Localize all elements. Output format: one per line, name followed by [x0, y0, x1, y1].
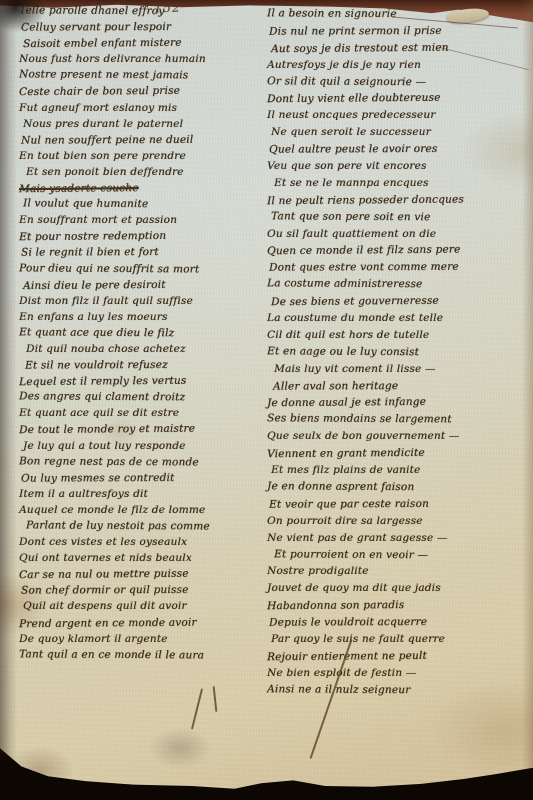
manuscript-line: Ou sil fault quattiement on die	[267, 227, 529, 244]
manuscript-line: Et en aage ou le luy consist	[267, 344, 529, 362]
manuscript-line: Tant quil a en ce monde il le aura	[19, 647, 263, 665]
manuscript-line: Jouvet de quoy ma dit que jadis	[267, 581, 529, 598]
manuscript-line: Des angres qui clament droitz	[19, 390, 263, 408]
ink-flourish	[191, 688, 203, 729]
manuscript-line: Item il a aultresfoys dit	[19, 487, 263, 503]
manuscript-line: Dont ques estre vont comme mere	[269, 260, 531, 278]
gutter-shadow	[0, 0, 17, 800]
manuscript-line: Nul nen souffert peine ne dueil	[21, 132, 265, 149]
manuscript-line: Et sen ponoit bien deffendre	[19, 165, 263, 181]
manuscript-line: Ou luy mesmes se contredit	[21, 470, 265, 487]
manuscript-line: Je luy qui a tout luy responde	[19, 439, 263, 455]
manuscript-line: Quil ait despens quil dit avoir	[19, 599, 263, 615]
manuscript-line: Fut agneuf mort eslanoy mis	[19, 101, 263, 117]
left-text-column: Telle parolle dhanel effroyCelluy servan…	[19, 4, 263, 664]
manuscript-line: Qui ont tavernes et nids beaulx	[19, 551, 263, 567]
manuscript-line: Pour dieu qui ne souffrit sa mort	[19, 261, 263, 279]
manuscript-line: On pourroit dire sa largesse	[267, 514, 529, 531]
manuscript-line: Saisoit embel enfant mistere	[19, 35, 263, 53]
manuscript-line: Et quant ace quil se dit estre	[19, 406, 263, 422]
manuscript-line: Son chef dormir or quil puisse	[21, 583, 265, 600]
manuscript-line: Il voulut que humanite	[19, 196, 263, 214]
manuscript-line: De ses biens et gouverneresse	[267, 293, 529, 312]
manuscript-line: Dont luy vient elle doubtereuse	[267, 90, 529, 109]
manuscript-line: Nostre prodigalite	[267, 564, 529, 581]
manuscript-line: Prend argent en ce monde avoir	[19, 614, 263, 632]
right-text-column: Il a besoin en signourieDis nul ne print…	[267, 7, 529, 700]
manuscript-line: En tout bien son pere prendre	[19, 149, 263, 165]
manuscript-line: Autresfoys je dis je nay rien	[267, 58, 529, 75]
manuscript-line: Il a besoin en signourie	[267, 6, 529, 24]
manuscript-line: Mais luy vit coment il lisse —	[267, 362, 529, 379]
manuscript-line: Depuis le vouldroit acquerre	[269, 614, 531, 632]
manuscript-line: Mais ysaderte esuche	[19, 180, 263, 198]
manuscript-line: Auquel ce monde le filz de lomme	[19, 503, 263, 519]
manuscript-line: En enfans a luy les moeurs	[19, 310, 263, 326]
manuscript-line: Nous pres durant le paternel	[19, 117, 263, 133]
manuscript-line: Aut soys je dis trestout est mien	[267, 40, 529, 59]
manuscript-line: Dis nul ne print sermon il prise	[269, 23, 531, 41]
manuscript-line: Tant que son pere soit en vie	[267, 209, 529, 227]
manuscript-line: Ainsi dieu le pere desiroit	[19, 277, 263, 295]
manuscript-line: Nous fust hors delivrance humain	[19, 52, 263, 68]
manuscript-line: De quoy klamort il argente	[19, 632, 263, 648]
manuscript-line: Dist mon filz il fault quil suffise	[19, 294, 263, 310]
photo-background-bottom-edge	[0, 730, 533, 800]
manuscript-line: De tout le monde roy et maistre	[19, 421, 263, 439]
ink-flourish	[213, 686, 217, 712]
manuscript-line: Ne bien esploit de festin —	[267, 666, 529, 683]
manuscript-line: Dont ces vistes et les oyseaulx	[19, 535, 263, 551]
manuscript-line: La costume administreresse	[267, 276, 529, 294]
manuscript-line: Ainsi ne a il nulz seigneur	[267, 682, 529, 700]
manuscript-line: Et mes filz plains de vanite	[267, 463, 529, 480]
manuscript-line: Cil dit quil est hors de tutelle	[267, 328, 529, 345]
manuscript-line: Il ne peult riens posseder doncques	[267, 192, 529, 211]
manuscript-photo: 152 Telle parolle dhanel effroyCelluy se…	[0, 0, 533, 800]
manuscript-line: Telle parolle dhanel effroy	[19, 3, 263, 21]
manuscript-line: Celluy servant pour lespoir	[21, 20, 265, 37]
manuscript-line: Je en donne asprent faison	[267, 479, 529, 497]
manuscript-line: Ne vient pas de grant sagesse —	[267, 531, 529, 548]
manuscript-line: Et quant ace que dieu le filz	[19, 325, 263, 343]
manuscript-line: Bon regne nest pas de ce monde	[19, 454, 263, 472]
manuscript-line: Ceste chair de bon seul prise	[19, 83, 263, 101]
manuscript-line: Parlant de luy nestoit pas comme	[19, 518, 263, 536]
manuscript-line: Dit quil nouba chose achetez	[19, 342, 263, 358]
manuscript-line: Il neust oncques predecesseur	[267, 108, 529, 125]
manuscript-line: Et veoir que par ceste raison	[269, 496, 531, 514]
manuscript-line: Par quoy le suis ne fault querre	[267, 632, 529, 649]
manuscript-line: Et sil ne vouldroit refusez	[21, 358, 265, 375]
manuscript-line: Rejouir entierement ne peult	[267, 648, 529, 667]
manuscript-line: Veu que son pere vit encores	[267, 159, 529, 176]
manuscript-line: La coustume du monde est telle	[267, 311, 529, 328]
manuscript-line: Ses biens mondains se largement	[267, 412, 529, 430]
manuscript-line: En souffrant mort et passion	[19, 213, 263, 229]
manuscript-line: Habandonna son paradis	[267, 597, 529, 616]
manuscript-line: Que seulx de bon gouvernement —	[267, 429, 529, 446]
manuscript-line: Ne quen seroit le successeur	[267, 125, 529, 142]
manuscript-line: Quel aultre peust le avoir ores	[269, 142, 531, 160]
manuscript-line: Et pourroient on en veoir —	[267, 547, 529, 565]
manuscript-line: Si le regnit il bien et fort	[21, 245, 265, 262]
manuscript-line: Et se ne le mannpa encques	[267, 176, 529, 193]
manuscript-line: Viennent en grant mendicite	[267, 445, 529, 464]
